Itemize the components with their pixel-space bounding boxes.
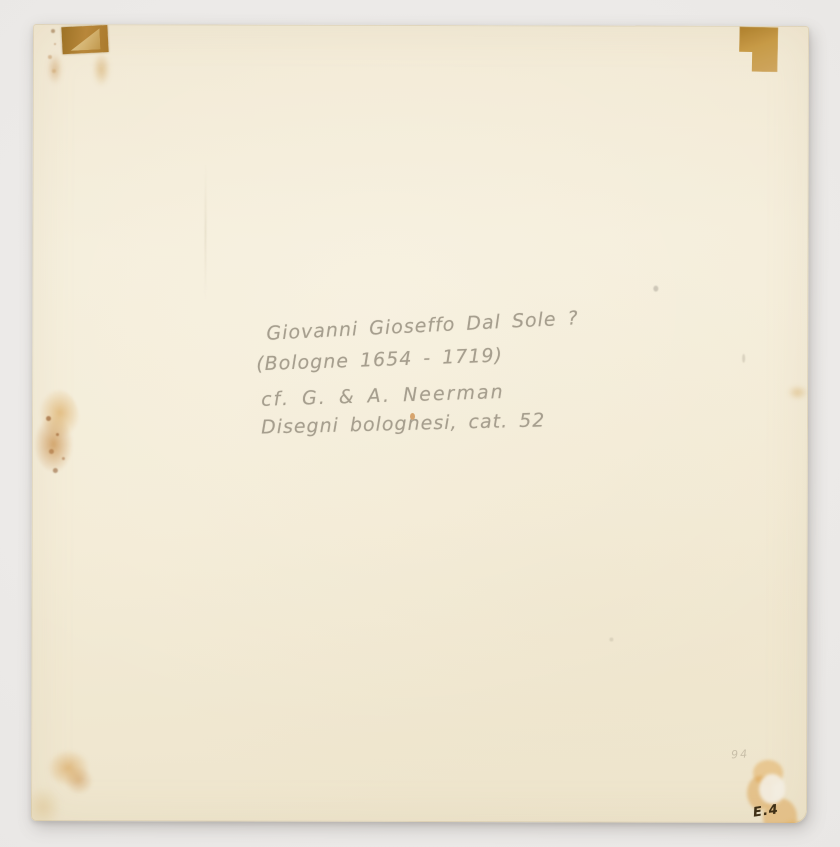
inscription-line-catalogue: Disegni bolognesi, cat. 52 (261, 409, 546, 438)
tape-remnant-top-right (739, 26, 779, 72)
stain-left-middle (32, 390, 80, 472)
inscription-line-reference: cf. G. & A. Neerman (261, 381, 505, 411)
stain-top-left-edge (45, 48, 65, 90)
stain-right-edge (784, 383, 809, 402)
foxing-spots-top-left (51, 29, 55, 33)
faint-pencil-number: 94 (731, 747, 750, 761)
foxing-spots-left-middle (46, 416, 51, 421)
paper-speck (653, 286, 658, 292)
paper-speck (609, 637, 613, 641)
inscription-line-dates: (Bologne 1654 - 1719) (256, 344, 504, 375)
stain-pale-center (759, 774, 785, 804)
inscription-line-artist: Giovanni Gioseffo Dal Sole ? (266, 307, 579, 345)
paper-crease (204, 164, 206, 299)
photo-background: Giovanni Gioseffo Dal Sole ? (Bologne 16… (0, 0, 840, 847)
stain-below-tape (90, 47, 113, 91)
pencil-attribution-inscription: Giovanni Gioseffo Dal Sole ? (Bologne 16… (254, 313, 634, 484)
paper-speck (742, 354, 745, 363)
tape-fold (70, 28, 101, 50)
drawing-verso-sheet: Giovanni Gioseffo Dal Sole ? (Bologne 16… (31, 24, 809, 823)
